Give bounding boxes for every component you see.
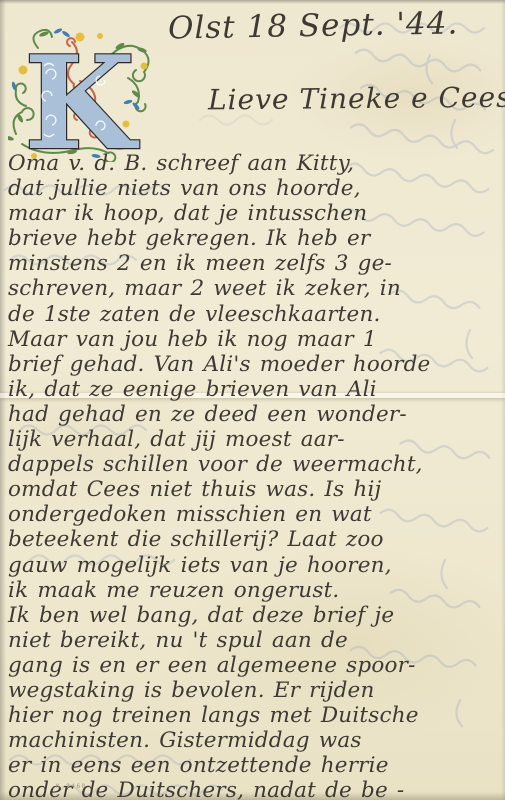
body-line: gauw mogelijk iets van je hooren, bbox=[8, 553, 502, 578]
paper-edge-top bbox=[0, 0, 505, 4]
body-line: de 1ste zaten de vleeschkaarten. bbox=[8, 302, 502, 327]
body-line: hier nog treinen langs met Duitsche bbox=[8, 703, 502, 728]
body-line: ik, dat ze eenige brieven van Ali bbox=[8, 377, 502, 402]
body-line: maar ik hoop, dat je intusschen bbox=[8, 201, 502, 226]
letter-body: Oma v. d. B. schreef aan Kitty, dat jull… bbox=[8, 151, 502, 800]
body-line: wegstaking is bevolen. Er rijden bbox=[8, 678, 502, 703]
body-line: ik maak me reuzen ongerust. bbox=[8, 578, 502, 603]
body-line: brieve hebt gekregen. Ik heb er bbox=[8, 226, 502, 251]
body-line: had gehad en ze deed een wonder- bbox=[8, 402, 502, 427]
body-line: dappels schillen voor de weermacht, bbox=[8, 452, 502, 477]
body-line: gang is en er een algemeene spoor- bbox=[8, 653, 502, 678]
body-line: er in eens een ontzettende herrie bbox=[8, 753, 502, 778]
illuminated-initial-k-art: K bbox=[8, 26, 160, 162]
stationery-mark: K 2460 bbox=[56, 783, 87, 790]
body-line: schreven, maar 2 weet ik zeker, in bbox=[8, 276, 502, 301]
salutation: Lieve Tineke e Cees. bbox=[208, 81, 505, 117]
body-line: minstens 2 en ik meen zelfs 3 ge- bbox=[8, 251, 502, 276]
body-line: omdat Cees niet thuis was. Is hij bbox=[8, 477, 502, 502]
body-line: lijk verhaal, dat jij moest aar- bbox=[8, 427, 502, 452]
paper-edge-left bbox=[0, 0, 6, 800]
body-line: beteekent die schillerij? Laat zoo bbox=[8, 527, 502, 552]
body-line: Ik ben wel bang, dat deze brief je bbox=[8, 603, 502, 628]
body-line: dat jullie niets van ons hoorde, bbox=[8, 176, 502, 201]
body-line: Maar van jou heb ik nog maar 1 bbox=[8, 327, 502, 352]
body-line: Oma v. d. B. schreef aan Kitty, bbox=[8, 151, 502, 176]
letter-page: Olst 18 Sept. '44. bbox=[0, 0, 505, 800]
letter-date: Olst 18 Sept. '44. bbox=[168, 5, 459, 46]
body-line: machinisten. Gistermiddag was bbox=[8, 728, 502, 753]
body-line: brief gehad. Van Ali's moeder hoorde bbox=[8, 352, 502, 377]
body-line: niet bereikt, nu 't spul aan de bbox=[8, 628, 502, 653]
illuminated-initial: K bbox=[8, 26, 160, 162]
body-line: ondergedoken misschien en wat bbox=[8, 502, 502, 527]
